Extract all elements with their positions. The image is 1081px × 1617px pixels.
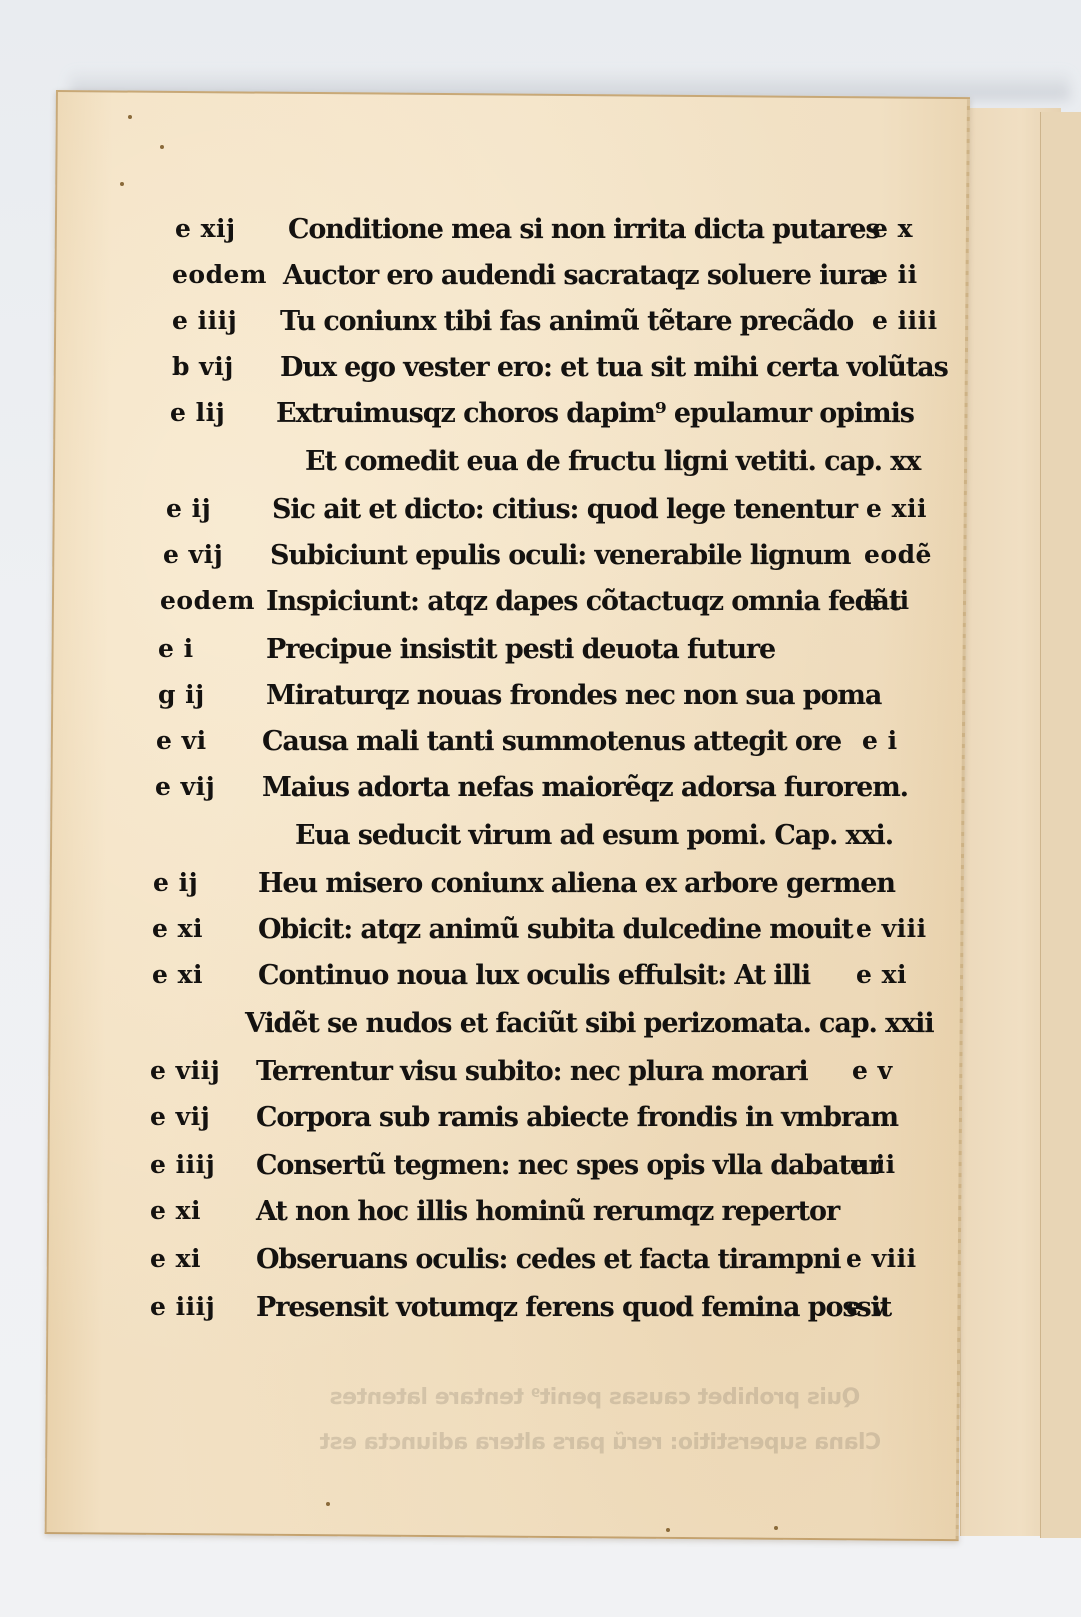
right-marginal-reference: e v bbox=[852, 1056, 893, 1085]
verse-line: Presensit votumqz ferens quod femina pos… bbox=[256, 1292, 891, 1323]
text-line: e vij Maius adorta nefas maiorẽqz adorsa… bbox=[0, 772, 1081, 812]
chapter-heading: Et comedit eua de fructu ligni vetiti. c… bbox=[305, 446, 920, 477]
foxing-spot bbox=[120, 182, 124, 186]
text-line: e viij Terrentur visu subito: nec plura … bbox=[0, 1056, 1081, 1096]
verse-line: At non hoc illis hominũ rerumqz repertor bbox=[256, 1196, 839, 1227]
verse-line: Conditione mea si non irrita dicta putar… bbox=[288, 214, 880, 245]
text-line: e i Precipue insistit pesti deuota futur… bbox=[0, 634, 1081, 674]
verse-line: Obseruans oculis: cedes et facta tirampn… bbox=[256, 1244, 840, 1275]
text-line: e iiij Tu coniunx tibi fas animũ tẽtare … bbox=[0, 306, 1081, 346]
verse-line: Precipue insistit pesti deuota future bbox=[266, 634, 775, 665]
left-marginal-reference: e ij bbox=[166, 494, 211, 523]
right-marginal-reference: eodẽ bbox=[864, 540, 932, 569]
verse-line: Consertũ tegmen: nec spes opis vlla daba… bbox=[256, 1150, 882, 1181]
verse-line: Inspiciunt: atqz dapes cõtactuqz omnia f… bbox=[266, 586, 900, 617]
verse-line: Maius adorta nefas maiorẽqz adorsa furor… bbox=[262, 772, 908, 803]
left-marginal-reference: e lij bbox=[170, 398, 225, 427]
verse-line: Tu coniunx tibi fas animũ tẽtare precãdo bbox=[280, 306, 853, 337]
foxing-spot bbox=[774, 1526, 778, 1530]
right-marginal-reference: e viii bbox=[856, 914, 927, 943]
text-line: e xij Conditione mea si non irrita dicta… bbox=[0, 214, 1081, 254]
text-line: e vij Subiciunt epulis oculi: venerabile… bbox=[0, 540, 1081, 580]
verse-line: Heu misero coniunx aliena ex arbore germ… bbox=[258, 868, 895, 899]
text-line: e iiij Presensit votumqz ferens quod fem… bbox=[0, 1292, 1081, 1332]
foxing-spot bbox=[128, 115, 132, 119]
right-marginal-reference: e iiii bbox=[872, 306, 938, 335]
text-line: e xi At non hoc illis hominũ rerumqz rep… bbox=[0, 1196, 1081, 1236]
left-marginal-reference: e vij bbox=[155, 772, 215, 801]
text-line: e vij Corpora sub ramis abiecte frondis … bbox=[0, 1102, 1081, 1142]
left-marginal-reference: e vij bbox=[150, 1102, 210, 1131]
text-line: e iiij Consertũ tegmen: nec spes opis vl… bbox=[0, 1150, 1081, 1190]
left-marginal-reference: e viij bbox=[150, 1056, 220, 1085]
left-marginal-reference: eodem bbox=[160, 586, 255, 615]
text-line: e xi Continuo noua lux oculis effulsit: … bbox=[0, 960, 1081, 1000]
verse-line: Auctor ero audendi sacrataqz soluere iur… bbox=[283, 260, 876, 291]
text-line: b vij Dux ego vester ero: et tua sit mih… bbox=[0, 352, 1081, 392]
verse-line: Miraturqz nouas frondes nec non sua poma bbox=[266, 680, 881, 711]
text-line: g ij Miraturqz nouas frondes nec non sua… bbox=[0, 680, 1081, 720]
text-line: eodem Auctor ero audendi sacrataqz solue… bbox=[0, 260, 1081, 300]
verse-line: Obicit: atqz animũ subita dulcedine moui… bbox=[258, 914, 853, 945]
text-line: e vi Causa mali tanti summotenus attegit… bbox=[0, 726, 1081, 766]
verse-line: Terrentur visu subito: nec plura morari bbox=[256, 1056, 808, 1087]
verse-line: Continuo noua lux oculis effulsit: At il… bbox=[258, 960, 810, 991]
left-marginal-reference: e xi bbox=[150, 1196, 201, 1225]
right-marginal-reference: e i bbox=[862, 726, 898, 755]
verse-line: Causa mali tanti summotenus attegit ore bbox=[262, 726, 841, 757]
foxing-spot bbox=[160, 145, 164, 149]
text-line: e xi Obseruans oculis: cedes et facta ti… bbox=[0, 1244, 1081, 1284]
text-line: e lij Extruimusqz choros dapim⁹ epulamur… bbox=[0, 398, 1081, 438]
left-marginal-reference: e xij bbox=[175, 214, 236, 243]
chapter-heading: Eua seducit virum ad esum pomi. Cap. xxi… bbox=[295, 820, 893, 851]
text-line: e ij Heu misero coniunx aliena ex arbore… bbox=[0, 868, 1081, 908]
verse-line: Corpora sub ramis abiecte frondis in vmb… bbox=[256, 1102, 898, 1133]
left-marginal-reference: e xi bbox=[152, 914, 203, 943]
right-marginal-reference: e x bbox=[872, 214, 913, 243]
bleed-through-line: Clana superstitio: rerũ pars altera adiu… bbox=[320, 1430, 881, 1455]
foxing-spot bbox=[666, 1528, 670, 1532]
right-marginal-reference: e viii bbox=[846, 1244, 917, 1273]
verse-line: Dux ego vester ero: et tua sit mihi cert… bbox=[280, 352, 948, 383]
left-marginal-reference: e xi bbox=[152, 960, 203, 989]
left-marginal-reference: e iiij bbox=[150, 1150, 215, 1179]
left-marginal-reference: e vi bbox=[156, 726, 207, 755]
left-marginal-reference: eodem bbox=[172, 260, 267, 289]
left-marginal-reference: e iiij bbox=[150, 1292, 215, 1321]
foxing-spot bbox=[326, 1502, 330, 1506]
text-line: e xi Obicit: atqz animũ subita dulcedine… bbox=[0, 914, 1081, 954]
text-line: eodem Inspiciunt: atqz dapes cõtactuqz o… bbox=[0, 586, 1081, 626]
left-marginal-reference: b vij bbox=[172, 352, 234, 381]
right-marginal-reference: e v bbox=[846, 1292, 887, 1321]
right-marginal-reference: e ii bbox=[850, 1150, 896, 1179]
left-marginal-reference: e iiij bbox=[172, 306, 237, 335]
right-marginal-reference: e ii bbox=[872, 260, 918, 289]
left-marginal-reference: e ij bbox=[153, 868, 198, 897]
verse-line: Subiciunt epulis oculi: venerabile lignu… bbox=[270, 540, 850, 571]
left-marginal-reference: e xi bbox=[150, 1244, 201, 1273]
right-marginal-reference: e xii bbox=[866, 494, 927, 523]
verse-line: Sic ait et dicto: citius: quod lege tene… bbox=[272, 494, 857, 525]
left-marginal-reference: g ij bbox=[158, 680, 205, 709]
right-marginal-reference: e ii bbox=[864, 586, 910, 615]
left-marginal-reference: e i bbox=[158, 634, 194, 663]
right-marginal-reference: e xi bbox=[856, 960, 907, 989]
left-marginal-reference: e vij bbox=[163, 540, 223, 569]
chapter-heading: Vidẽt se nudos et faciũt sibi perizomata… bbox=[245, 1008, 933, 1039]
verse-line: Extruimusqz choros dapim⁹ epulamur opimi… bbox=[276, 398, 914, 429]
text-line: e ij Sic ait et dicto: citius: quod lege… bbox=[0, 494, 1081, 534]
bleed-through-line: Quis prohibet causas penit⁹ tentare late… bbox=[330, 1385, 860, 1410]
